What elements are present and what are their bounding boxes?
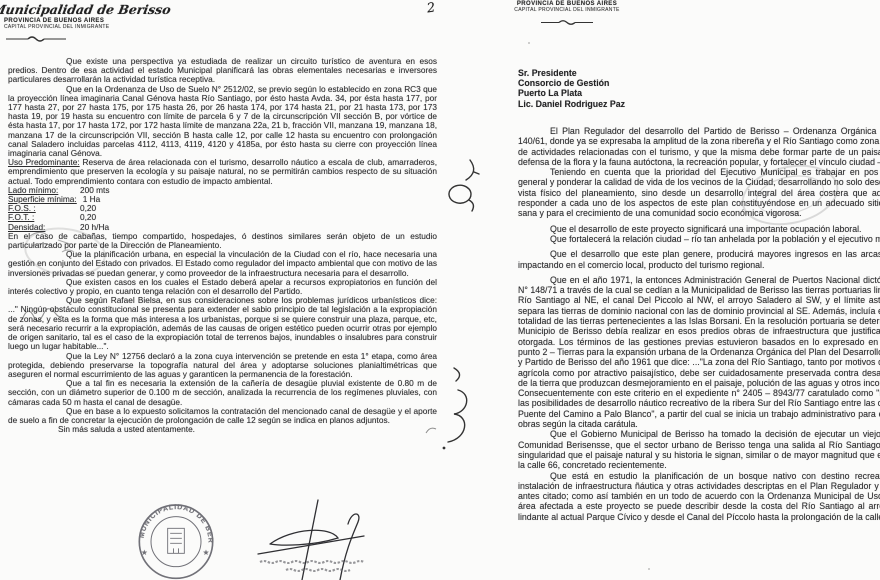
scan-speck <box>648 568 650 570</box>
margin-doodle-curve <box>434 364 474 452</box>
paragraph: Que está en estudio la planificación de … <box>518 471 880 522</box>
paragraph: Que la Ley N° 12756 declaró a la zona cu… <box>8 352 437 380</box>
letterhead-right: Municipalidad de Berisso PROVINCIA DE BU… <box>472 0 662 31</box>
addressee-block: Sr. Presidente Consorcio de Gestión Puer… <box>518 68 625 109</box>
scan-speck <box>268 118 270 120</box>
paragraph: Que el desarrollo que este plan genere, … <box>518 249 880 270</box>
paragraph: Que en base a lo expuesto solicitamos la… <box>8 407 437 425</box>
stamp-shield-emblem-icon <box>168 528 185 553</box>
letterhead-ornament-divider-icon <box>539 19 595 26</box>
paragraph-uso-predominante: Uso Predominante: Reserva de área relaci… <box>8 158 437 186</box>
svg-text:MUNICIPALIDAD DE BERISSO: MUNICIPALIDAD DE BERISSO <box>133 500 214 544</box>
scan-speck <box>836 300 838 302</box>
letterhead-left: Municipalidad de Berisso PROVINCIA DE BU… <box>0 2 171 48</box>
spec-row-fos: F.O.S. :0,20 <box>8 204 437 213</box>
addressee-line: Sr. Presidente <box>518 68 625 78</box>
paragraph: Que existe una perspectiva ya estudiada … <box>8 57 437 85</box>
scan-speck <box>706 152 708 154</box>
scan-speck <box>528 42 530 44</box>
letterhead-script-title: Municipalidad de Berisso <box>0 2 172 17</box>
paragraph: Que en el año 1971, la entonces Administ… <box>518 275 880 429</box>
municipal-round-stamp: MUNICIPALIDAD DE BERISSO ★ ★ <box>128 500 224 580</box>
stamp-text: MUNICIPALIDAD DE BERISSO <box>133 500 214 544</box>
handwritten-initials-scribble <box>20 300 64 328</box>
addressee-line: Puerto La Plata <box>518 88 625 98</box>
faint-stamp-remnant <box>735 160 845 230</box>
paragraph: Que a tal fin es necesaria la extensión … <box>8 379 437 407</box>
spec-row-superficie-minima: Superficie mínima:1 Ha <box>8 195 437 204</box>
paragraph: Que según Rafael Bielsa, en sus consider… <box>8 296 437 351</box>
small-ink-mark <box>424 424 438 436</box>
paragraph: Que el Gobierno Municipal de Berisso ha … <box>518 429 880 470</box>
addressee-line: Lic. Daniel Rodriguez Paz <box>518 99 625 109</box>
signature-scribble <box>252 498 382 580</box>
signer-stamp-illegible-text-marks <box>260 561 364 571</box>
letter-page-2: Municipalidad de Berisso PROVINCIA DE BU… <box>0 0 440 580</box>
stamp-star-left-icon: ★ <box>141 548 148 557</box>
addressee-line: Consorcio de Gestión <box>518 78 625 88</box>
scanned-document: Municipalidad de Berisso PROVINCIA DE BU… <box>0 0 880 580</box>
margin-doodle-loop <box>444 156 480 220</box>
letter-page-1: Municipalidad de Berisso PROVINCIA DE BU… <box>440 0 880 580</box>
closing-salutation: Sin más saluda a usted atentamente. <box>8 425 437 434</box>
handwritten-pencil-marks <box>28 230 88 260</box>
letterhead-subtitle-line: CAPITAL PROVINCIAL DEL INMIGRANTE <box>4 24 171 30</box>
letterhead-ornament-divider-icon <box>4 35 68 43</box>
paragraph: Que en la Ordenanza de Uso de Suelo N° 2… <box>8 85 437 159</box>
letterhead-subtitle-line: CAPITAL PROVINCIAL DEL INMIGRANTE <box>472 7 662 13</box>
spec-value: 0,20 <box>80 212 96 222</box>
paragraph: Que fortalecerá la relación ciudad – río… <box>518 234 880 244</box>
stamp-star-right-icon: ★ <box>203 548 210 557</box>
